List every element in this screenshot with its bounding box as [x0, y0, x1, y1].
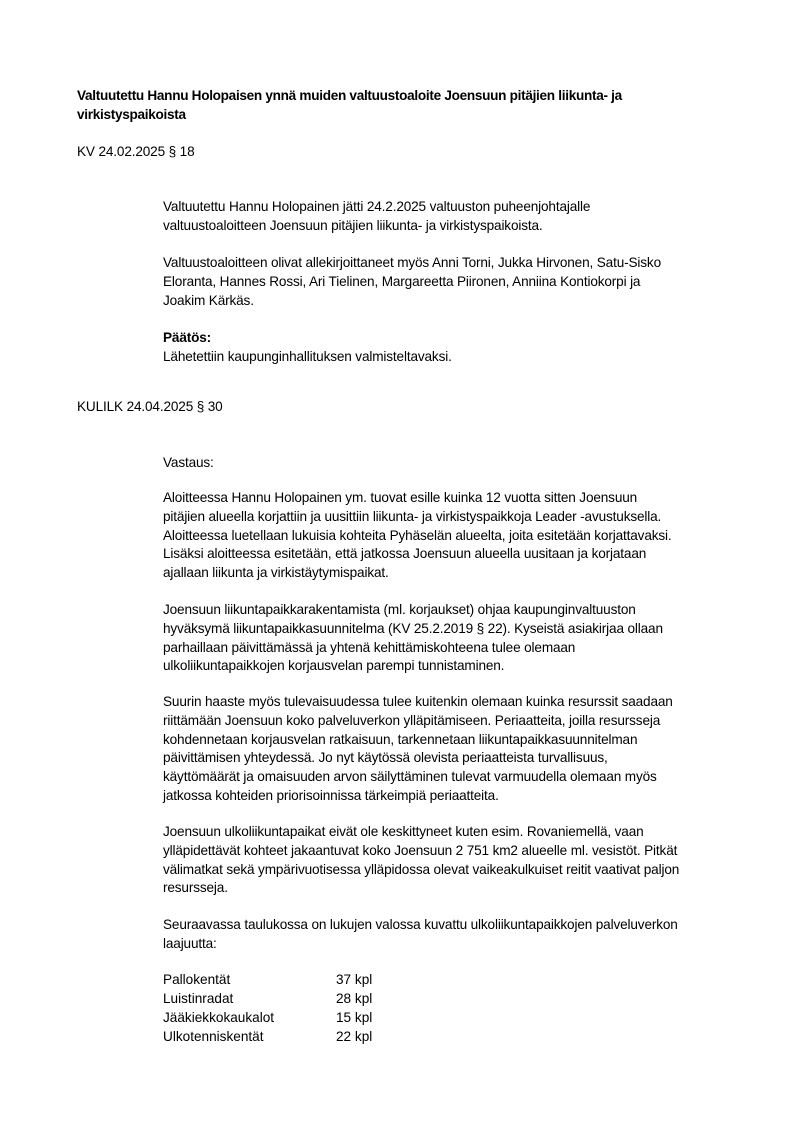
decision-heading: Päätös: — [163, 329, 452, 348]
title-line: virkistyspaikoista — [77, 106, 622, 125]
facility-count: 15 kpl — [336, 1009, 372, 1028]
facility-name: Jääkiekkokaukalot — [163, 1010, 274, 1025]
paragraph-geography: Joensuun ulkoliikuntapaikat eivät ole ke… — [163, 823, 679, 898]
paragraph-initiative-summary: Aloitteessa Hannu Holopainen ym. tuovat … — [163, 489, 672, 583]
paragraph-facility-plan: Joensuun liikuntapaikkarakentamista (ml.… — [163, 601, 663, 676]
facility-count: 37 kpl — [336, 971, 372, 990]
answer-heading: Vastaus: — [163, 454, 214, 473]
paragraph-resources: Suurin haaste myös tulevaisuudessa tulee… — [163, 693, 673, 806]
facility-count: 22 kpl — [336, 1028, 372, 1047]
table-row: Luistinradat 28 kpl — [163, 990, 233, 1009]
table-row: Pallokentät 37 kpl — [163, 971, 230, 990]
facility-count: 28 kpl — [336, 990, 372, 1009]
facility-name: Ulkotenniskentät — [163, 1029, 264, 1044]
paragraph-initiative-submitted: Valtuutettu Hannu Holopainen jätti 24.2.… — [163, 198, 590, 236]
document-title: Valtuutettu Hannu Holopaisen ynnä muiden… — [77, 87, 622, 125]
decision-text: Lähetettiin kaupunginhallituksen valmist… — [163, 348, 452, 367]
paragraph-table-intro: Seuraavassa taulukossa on lukujen valoss… — [163, 916, 678, 954]
facility-name: Luistinradat — [163, 991, 233, 1006]
paragraph-signatories: Valtuustoaloitteen olivat allekirjoittan… — [163, 254, 661, 310]
table-row: Ulkotenniskentät 22 kpl — [163, 1028, 264, 1047]
kv-reference: KV 24.02.2025 § 18 — [77, 143, 194, 162]
table-row: Jääkiekkokaukalot 15 kpl — [163, 1009, 274, 1028]
facility-name: Pallokentät — [163, 972, 230, 987]
document-page: Valtuutettu Hannu Holopaisen ynnä muiden… — [0, 0, 794, 1122]
title-line: Valtuutettu Hannu Holopaisen ynnä muiden… — [77, 87, 622, 106]
decision-block: Päätös: Lähetettiin kaupunginhallituksen… — [163, 329, 452, 367]
kulilk-reference: KULILK 24.04.2025 § 30 — [77, 398, 223, 417]
